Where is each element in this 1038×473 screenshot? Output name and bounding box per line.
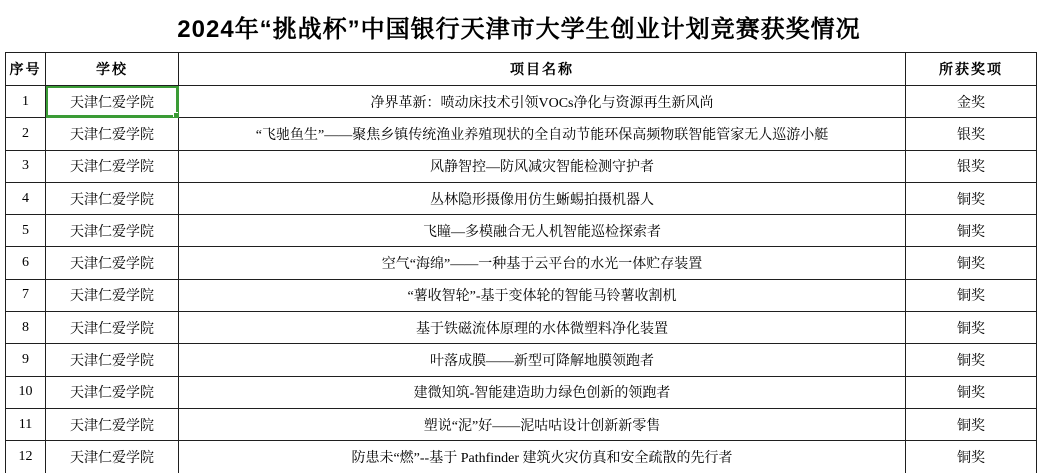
cell-project[interactable]: 风静智控—防风减灾智能检测守护者 (179, 150, 906, 182)
cell-no[interactable]: 1 (6, 86, 46, 118)
cell-no[interactable]: 12 (6, 441, 46, 473)
cell-award[interactable]: 铜奖 (906, 312, 1037, 344)
table-row: 8天津仁爱学院基于铁磁流体原理的水体微塑料净化装置铜奖 (6, 312, 1037, 344)
cell-award[interactable]: 银奖 (906, 150, 1037, 182)
cell-no[interactable]: 7 (6, 279, 46, 311)
table-row: 7天津仁爱学院“薯收智轮”-基于变体轮的智能马铃薯收割机铜奖 (6, 279, 1037, 311)
table-row: 12天津仁爱学院防患未“燃”--基于 Pathfinder 建筑火灾仿真和安全疏… (6, 441, 1037, 473)
cell-project[interactable]: 叶落成膜——新型可降解地膜领跑者 (179, 344, 906, 376)
cell-school[interactable]: 天津仁爱学院 (46, 441, 179, 473)
cell-award[interactable]: 铜奖 (906, 247, 1037, 279)
cell-no[interactable]: 8 (6, 312, 46, 344)
cell-no[interactable]: 10 (6, 376, 46, 408)
fill-handle[interactable] (173, 112, 179, 118)
cell-no[interactable]: 11 (6, 408, 46, 440)
cell-award[interactable]: 铜奖 (906, 344, 1037, 376)
cell-school[interactable]: 天津仁爱学院 (46, 118, 179, 150)
table-row: 4天津仁爱学院丛林隐形摄像用仿生蜥蜴拍摄机器人铜奖 (6, 182, 1037, 214)
header-cell-award[interactable]: 所获奖项 (906, 53, 1037, 86)
cell-school[interactable]: 天津仁爱学院 (46, 215, 179, 247)
cell-school[interactable]: 天津仁爱学院 (46, 344, 179, 376)
cell-project[interactable]: 塑说“泥”好——泥咕咕设计创新新零售 (179, 408, 906, 440)
cell-project[interactable]: 净界革新：喷动床技术引领VOCs净化与资源再生新风尚 (179, 86, 906, 118)
table-row: 5天津仁爱学院飞瞳—多模融合无人机智能巡检探索者铜奖 (6, 215, 1037, 247)
table-row: 9天津仁爱学院叶落成膜——新型可降解地膜领跑者铜奖 (6, 344, 1037, 376)
cell-school[interactable]: 天津仁爱学院 (46, 182, 179, 214)
header-cell-project[interactable]: 项目名称 (179, 53, 906, 86)
cell-school[interactable]: 天津仁爱学院 (46, 376, 179, 408)
header-cell-no[interactable]: 序号 (6, 53, 46, 86)
table-row: 11天津仁爱学院塑说“泥”好——泥咕咕设计创新新零售铜奖 (6, 408, 1037, 440)
cell-school[interactable]: 天津仁爱学院 (46, 150, 179, 182)
cell-award[interactable]: 银奖 (906, 118, 1037, 150)
cell-no[interactable]: 5 (6, 215, 46, 247)
table-row: 10天津仁爱学院建微知筑-智能建造助力绿色创新的领跑者铜奖 (6, 376, 1037, 408)
cell-award[interactable]: 铜奖 (906, 182, 1037, 214)
header-cell-school[interactable]: 学校 (46, 53, 179, 86)
cell-project[interactable]: 基于铁磁流体原理的水体微塑料净化装置 (179, 312, 906, 344)
page-title: 2024年“挑战杯”中国银行天津市大学生创业计划竞赛获奖情况 (0, 0, 1038, 52)
results-table: 序号 学校 项目名称 所获奖项 1天津仁爱学院净界革新：喷动床技术引领VOCs净… (5, 52, 1037, 473)
cell-no[interactable]: 4 (6, 182, 46, 214)
cell-project[interactable]: 飞瞳—多模融合无人机智能巡检探索者 (179, 215, 906, 247)
cell-school[interactable]: 天津仁爱学院 (46, 279, 179, 311)
cell-no[interactable]: 9 (6, 344, 46, 376)
table-row: 6天津仁爱学院空气“海绵”——一种基于云平台的水光一体贮存装置铜奖 (6, 247, 1037, 279)
cell-no[interactable]: 3 (6, 150, 46, 182)
cell-school[interactable]: 天津仁爱学院 (46, 86, 179, 118)
cell-school[interactable]: 天津仁爱学院 (46, 247, 179, 279)
cell-no[interactable]: 6 (6, 247, 46, 279)
cell-school[interactable]: 天津仁爱学院 (46, 408, 179, 440)
cell-project[interactable]: 防患未“燃”--基于 Pathfinder 建筑火灾仿真和安全疏散的先行者 (179, 441, 906, 473)
cell-project[interactable]: 建微知筑-智能建造助力绿色创新的领跑者 (179, 376, 906, 408)
cell-no[interactable]: 2 (6, 118, 46, 150)
cell-school[interactable]: 天津仁爱学院 (46, 312, 179, 344)
table-body: 1天津仁爱学院净界革新：喷动床技术引领VOCs净化与资源再生新风尚金奖2天津仁爱… (6, 86, 1037, 473)
cell-project[interactable]: 丛林隐形摄像用仿生蜥蜴拍摄机器人 (179, 182, 906, 214)
cell-project[interactable]: “薯收智轮”-基于变体轮的智能马铃薯收割机 (179, 279, 906, 311)
cell-award[interactable]: 铜奖 (906, 441, 1037, 473)
cell-project[interactable]: 空气“海绵”——一种基于云平台的水光一体贮存装置 (179, 247, 906, 279)
table-row: 2天津仁爱学院“飞驰鱼生”——聚焦乡镇传统渔业养殖现状的全自动节能环保高频物联智… (6, 118, 1037, 150)
cell-award[interactable]: 金奖 (906, 86, 1037, 118)
cell-award[interactable]: 铜奖 (906, 279, 1037, 311)
table-row: 3天津仁爱学院风静智控—防风减灾智能检测守护者银奖 (6, 150, 1037, 182)
cell-project[interactable]: “飞驰鱼生”——聚焦乡镇传统渔业养殖现状的全自动节能环保高频物联智能管家无人巡游… (179, 118, 906, 150)
table-row: 1天津仁爱学院净界革新：喷动床技术引领VOCs净化与资源再生新风尚金奖 (6, 86, 1037, 118)
header-row: 序号 学校 项目名称 所获奖项 (6, 53, 1037, 86)
cell-award[interactable]: 铜奖 (906, 215, 1037, 247)
cell-award[interactable]: 铜奖 (906, 376, 1037, 408)
cell-award[interactable]: 铜奖 (906, 408, 1037, 440)
